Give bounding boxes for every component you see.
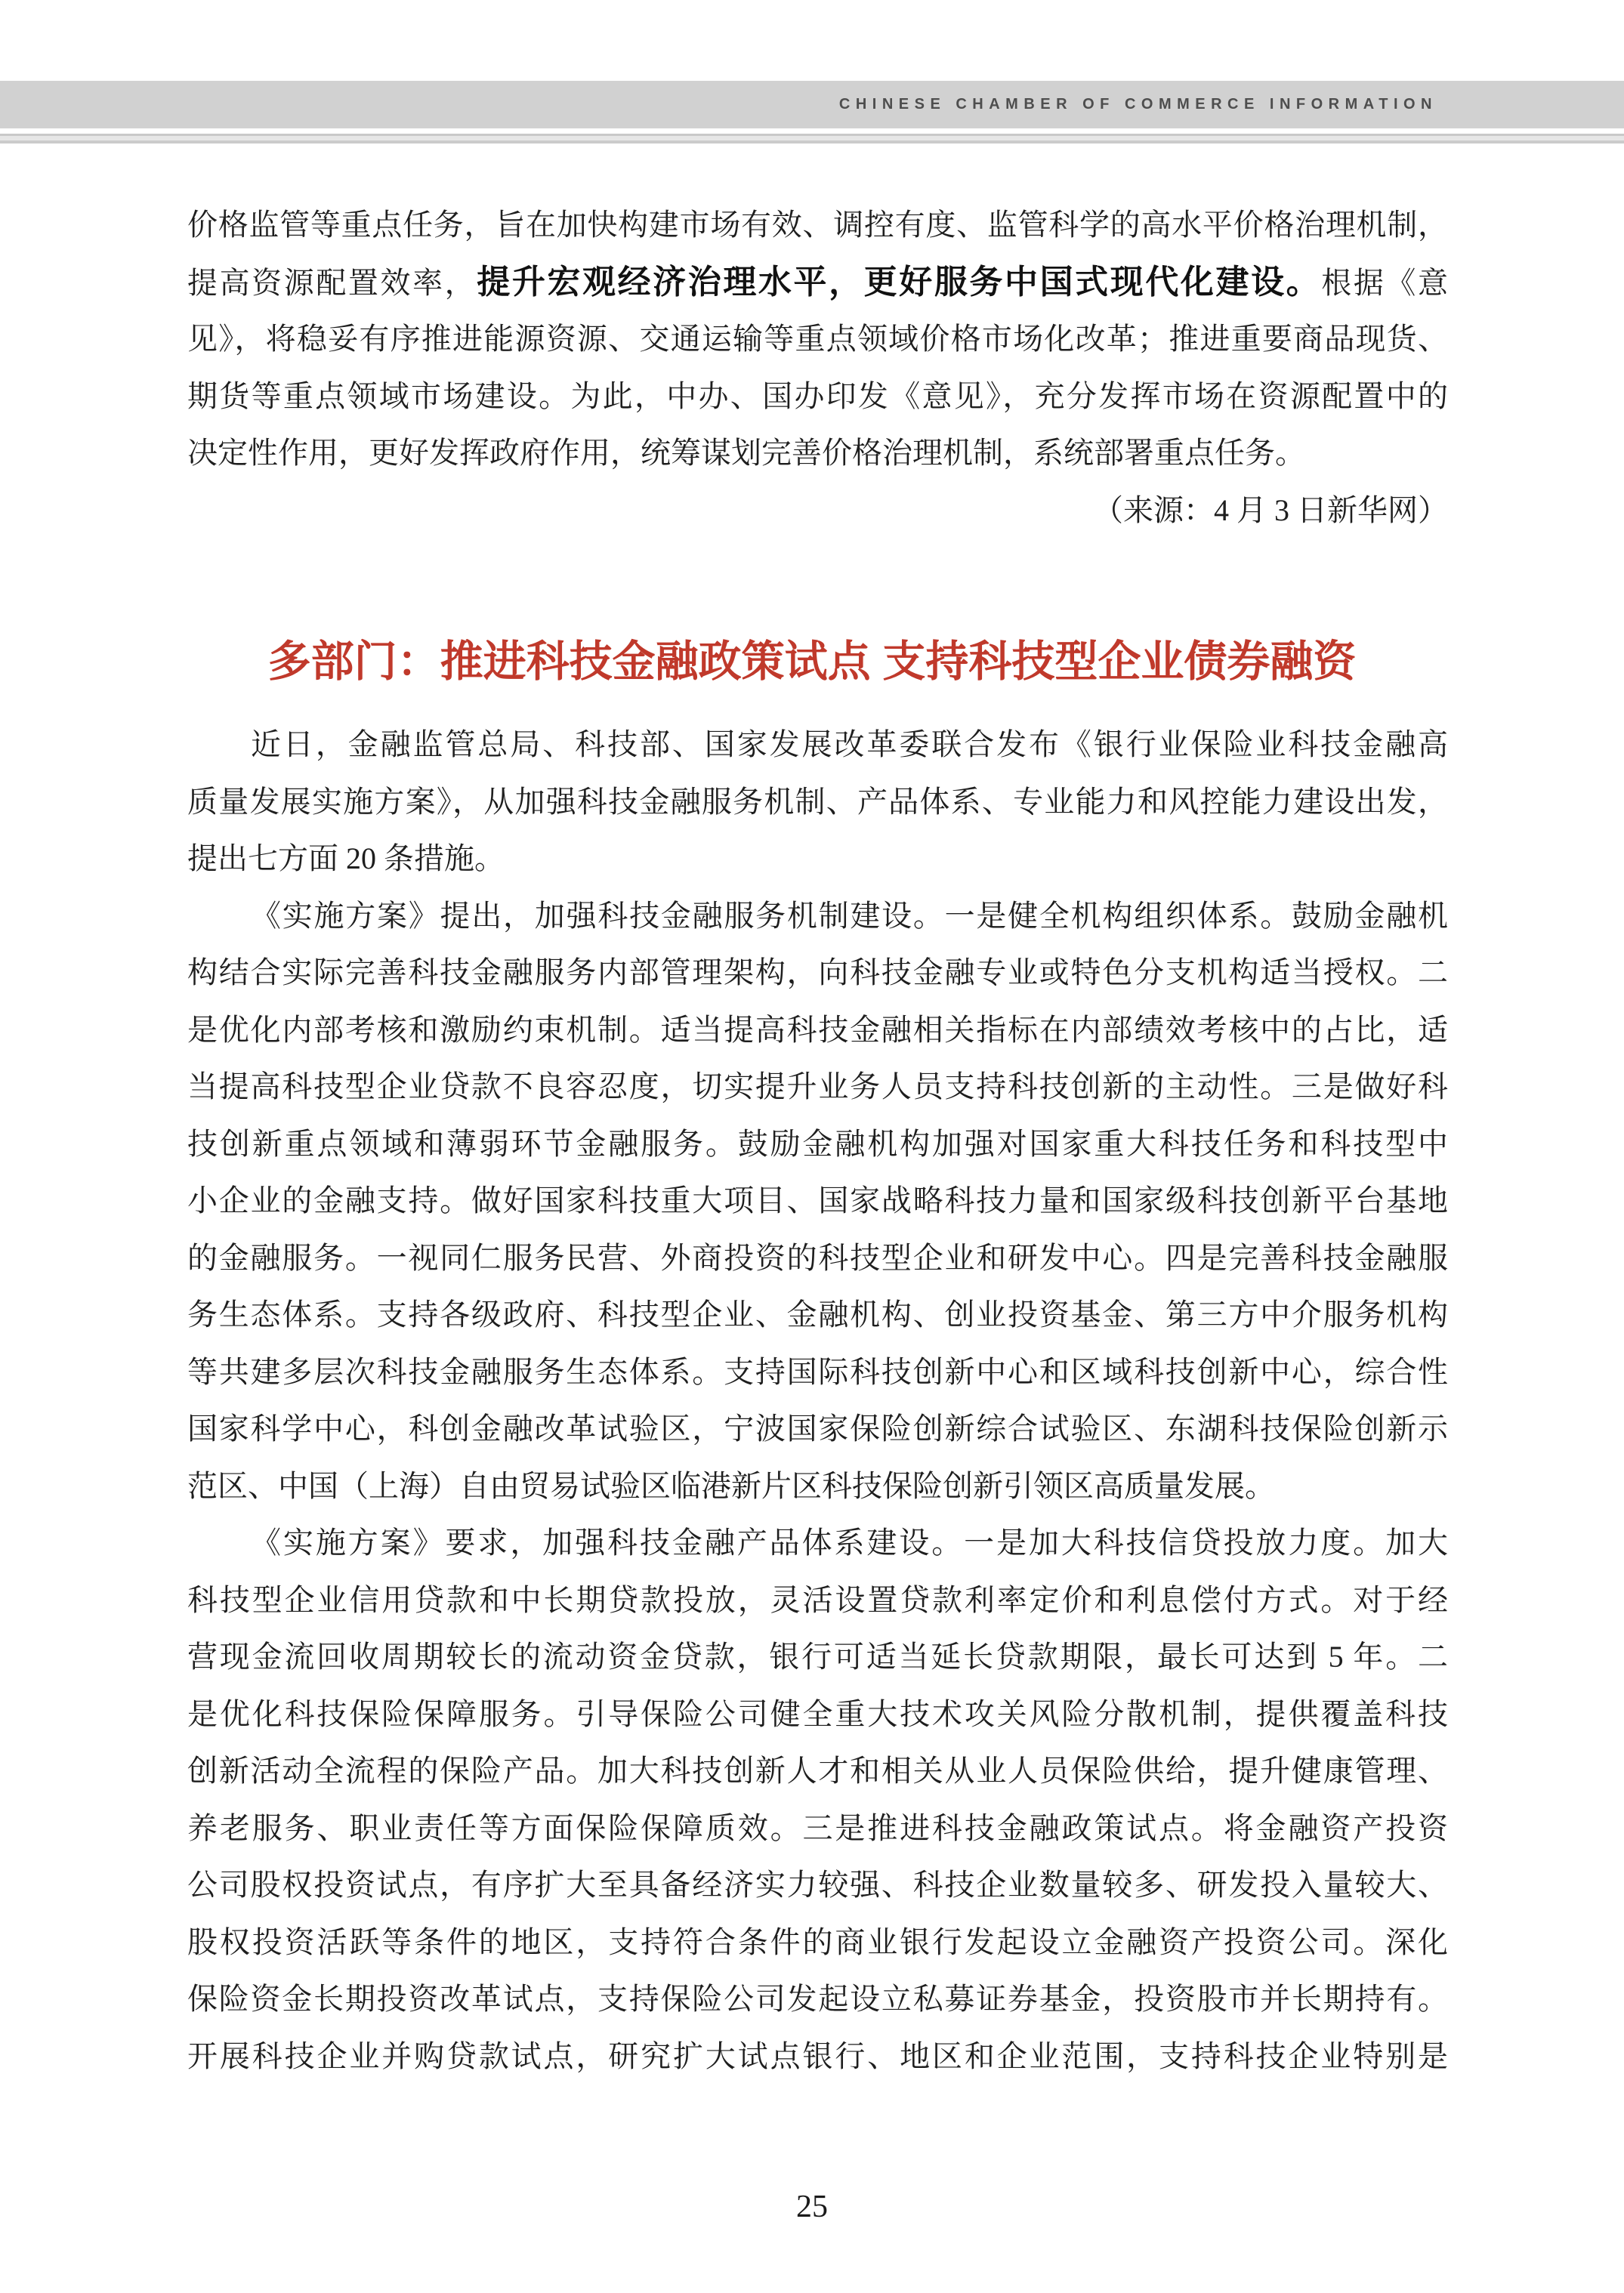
paragraph-line: 见》，将稳妥有序推进能源资源、交通运输等重点领域价格市场化改革；推进重要商品现货… [187,310,1448,368]
paragraph-line: 是优化科技保险保障服务。引导保险公司健全重大技术攻关风险分散机制，提供覆盖科技 [187,1686,1448,1743]
paragraph-line: 等共建多层次科技金融服务生态体系。支持国际科技创新中心和区域科技创新中心，综合性 [187,1344,1448,1401]
paragraph-line: 务生态体系。支持各级政府、科技型企业、金融机构、创业投资基金、第三方中介服务机构 [187,1286,1448,1344]
source-attribution: （来源：4 月 3 日新华网） [187,482,1448,539]
paragraph-line: 小企业的金融支持。做好国家科技重大项目、国家战略科技力量和国家级科技创新平台基地 [187,1172,1448,1230]
paragraph-line: 营现金流回收周期较长的流动资金贷款，银行可适当延长贷款期限，最长可达到 5 年。… [187,1628,1448,1686]
paragraph-line: 期货等重点领域市场建设。为此，中办、国办印发《意见》，充分发挥市场在资源配置中的 [187,368,1448,425]
paragraph-line: 创新活动全流程的保险产品。加大科技创新人才和相关从业人员保险供给，提升健康管理、 [187,1742,1448,1800]
paragraph-line: 开展科技企业并购贷款试点，研究扩大试点银行、地区和企业范围，支持科技企业特别是 [187,2028,1448,2085]
paragraph-line: 提高资源配置效率，提升宏观经济治理水平，更好服务中国式现代化建设。根据《意 [187,254,1448,311]
paragraph-line: 科技型企业信用贷款和中长期贷款投放，灵活设置贷款利率定价和利息偿付方式。对于经 [187,1572,1448,1629]
header-banner: CHINESE CHAMBER OF COMMERCE INFORMATION [0,81,1624,128]
paragraph-segment: 提高资源配置效率， [187,266,477,300]
paragraph-line: 价格监管等重点任务，旨在加快构建市场有效、调控有度、监管科学的高水平价格治理机制… [187,196,1448,254]
article-headline: 多部门：推进科技金融政策试点 支持科技型企业债券融资 [0,629,1624,694]
header-divider [0,134,1624,144]
paragraph-line: 范区、中国（上海）自由贸易试验区临港新片区科技保险创新引领区高质量发展。 [187,1458,1448,1515]
paragraph-line: 《实施方案》要求，加强科技金融产品体系建设。一是加大科技信贷投放力度。加大 [187,1514,1448,1572]
paragraph-line: 决定性作用，更好发挥政府作用，统筹谋划完善价格治理机制，系统部署重点任务。 [187,424,1448,482]
prev-article-body: 价格监管等重点任务，旨在加快构建市场有效、调控有度、监管科学的高水平价格治理机制… [187,196,1448,539]
header-banner-title: CHINESE CHAMBER OF COMMERCE INFORMATION [839,81,1437,128]
paragraph-line: 当提高科技型企业贷款不良容忍度，切实提升业务人员支持科技创新的主动性。三是做好科 [187,1058,1448,1116]
paragraph-line: 近日，金融监管总局、科技部、国家发展改革委联合发布《银行业保险业科技金融高 [187,716,1448,773]
document-page: CHINESE CHAMBER OF COMMERCE INFORMATION … [0,0,1624,2293]
paragraph-segment: 根据《意 [1321,266,1448,300]
paragraph-line: 国家科学中心，科创金融改革试验区，宁波国家保险创新综合试验区、东湖科技保险创新示 [187,1400,1448,1458]
paragraph-line: 是优化内部考核和激励约束机制。适当提高科技金融相关指标在内部绩效考核中的占比，适 [187,1001,1448,1059]
paragraph-line: 质量发展实施方案》，从加强科技金融服务机制、产品体系、专业能力和风控能力建设出发… [187,773,1448,831]
paragraph-line: 养老服务、职业责任等方面保险保障质效。三是推进科技金融政策试点。将金融资产投资 [187,1800,1448,1857]
paragraph-line: 保险资金长期投资改革试点，支持保险公司发起设立私募证券基金，投资股市并长期持有。 [187,1970,1448,2028]
paragraph-segment-bold: 提升宏观经济治理水平，更好服务中国式现代化建设。 [477,264,1321,301]
article-body: 近日，金融监管总局、科技部、国家发展改革委联合发布《银行业保险业科技金融高 质量… [187,716,1448,2085]
page-number: 25 [0,2189,1624,2225]
paragraph-line: 构结合实际完善科技金融服务内部管理架构，向科技金融专业或特色分支机构适当授权。二 [187,944,1448,1001]
paragraph-line: 技创新重点领域和薄弱环节金融服务。鼓励金融机构加强对国家重大科技任务和科技型中 [187,1116,1448,1173]
paragraph-line: 提出七方面 20 条措施。 [187,830,1448,887]
paragraph-line: 股权投资活跃等条件的地区，支持符合条件的商业银行发起设立金融资产投资公司。深化 [187,1914,1448,1971]
paragraph-line: 的金融服务。一视同仁服务民营、外商投资的科技型企业和研发中心。四是完善科技金融服 [187,1230,1448,1287]
paragraph-line: 《实施方案》提出，加强科技金融服务机制建设。一是健全机构组织体系。鼓励金融机 [187,887,1448,945]
paragraph-line: 公司股权投资试点，有序扩大至具备经济实力较强、科技企业数量较多、研发投入量较大、 [187,1856,1448,1914]
